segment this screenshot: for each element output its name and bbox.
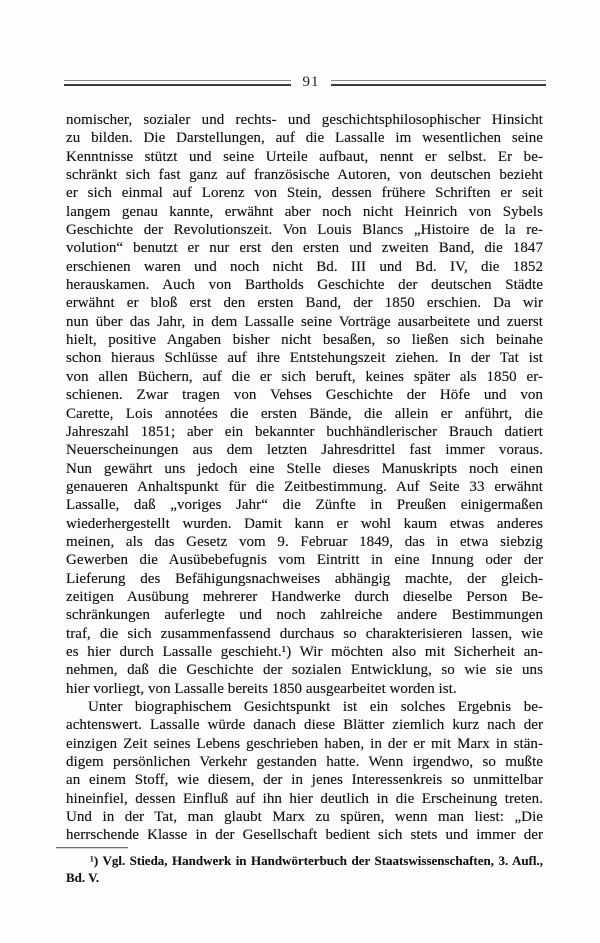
text-line: er sich einmal auf Lorenz von Stein, des…: [66, 184, 543, 202]
text-line: herauskamen. Auch von Bartholds Geschich…: [66, 276, 543, 294]
running-head: 91: [64, 74, 546, 92]
text-line: von allen Büchern, auf die er sich beruf…: [66, 368, 543, 386]
text-line: einzigen Zeit seines Lebens geschrieben …: [66, 735, 543, 753]
text-line: Nun gewährt uns jedoch eine Stelle diese…: [66, 460, 543, 478]
text-line: traf, die sich zusammenfassend durchaus …: [66, 625, 543, 643]
text-line: Lassalle, daß „voriges Jahr“ die Zünfte …: [66, 496, 543, 514]
footnote-line: Bd. V.: [66, 869, 543, 886]
scanned-book-page: 91 nomischer, sozialer und rechts- und g…: [0, 0, 600, 943]
text-line: volution“ benutzt er nur erst den ersten…: [66, 239, 543, 257]
text-line: Geschichte der Revolutionszeit. Von Loui…: [66, 221, 543, 239]
text-line: zu bilden. Die Darstellungen, auf die La…: [66, 129, 543, 147]
footnote-line: ¹) Vgl. Stieda, Handwerk in Handwörterbu…: [66, 852, 543, 869]
text-line: Lieferung des Befähigungsnachweises abhä…: [66, 570, 543, 588]
text-line: meinen, als das Gesetz vom 9. Februar 18…: [66, 533, 543, 551]
text-line: erwähnt er bloß erst den ersten Band, de…: [66, 294, 543, 312]
text-line: schränkungen auferlegte und noch zahlrei…: [66, 606, 543, 624]
text-line: Und in der Tat, man glaubt Marx zu spüre…: [66, 808, 543, 826]
text-line: Neuerscheinungen aus dem letzten Jahresd…: [66, 441, 543, 459]
footnote-separator: [56, 847, 128, 848]
text-line: zeitigen Ausübung mehrerer Handwerke dur…: [66, 588, 543, 606]
text-line: Carette, Lois annotées die ersten Bände,…: [66, 405, 543, 423]
text-line: langem genau kannte, erwähnt aber noch n…: [66, 203, 543, 221]
text-line: schon hieraus Schlüsse auf ihre Entstehu…: [66, 349, 543, 367]
text-line: hier vorliegt, von Lassalle bereits 1850…: [66, 680, 543, 698]
text-line: schienen. Zwar tragen von Vehses Geschic…: [66, 386, 543, 404]
text-line: es hier durch Lassalle geschieht.¹) Wir …: [66, 643, 543, 661]
text-line: nehmen, daß die Geschichte der sozialen …: [66, 661, 543, 679]
text-line: digem persönlichen Verkehr gestanden hat…: [66, 753, 543, 771]
text-line: Jahreszahl 1851; aber ein bekannter buch…: [66, 423, 543, 441]
text-line: Kenntnisse stützt und seine Urteile aufb…: [66, 148, 543, 166]
paragraph: nomischer, sozialer und rechts- und gesc…: [66, 111, 543, 698]
text-line: Gewerben die Ausübebefugnis vom Eintritt…: [66, 551, 543, 569]
text-line: genaueren Anhaltspunkt für die Zeitbesti…: [66, 478, 543, 496]
text-line: hielt, positive Angaben bisher nicht bes…: [66, 331, 543, 349]
text-line: erschienen waren und noch nicht Bd. III …: [66, 258, 543, 276]
text-line: achtenswert. Lassalle würde danach diese…: [66, 716, 543, 734]
page-number: 91: [291, 74, 331, 91]
body-text: nomischer, sozialer und rechts- und gesc…: [66, 111, 543, 845]
text-line: schränkt sich fast ganz auf französische…: [66, 166, 543, 184]
text-line: Unter biographischem Gesichtspunkt ist e…: [66, 698, 543, 716]
head-rule-left: [64, 80, 291, 86]
text-line: nun über das Jahr, in dem Lassalle seine…: [66, 313, 543, 331]
paragraph: Unter biographischem Gesichtspunkt ist e…: [66, 698, 543, 845]
head-rule-right: [331, 80, 546, 86]
text-line: hineinfiel, dessen Einfluß auf ihn hier …: [66, 790, 543, 808]
text-line: an einem Stoff, wie diesem, der in jenes…: [66, 771, 543, 789]
text-line: herrschende Klasse in der Gesellschaft b…: [66, 826, 543, 844]
text-line: nomischer, sozialer und rechts- und gesc…: [66, 111, 543, 129]
text-line: wiederhergestellt wurden. Damit kann er …: [66, 515, 543, 533]
footnote-text: ¹) Vgl. Stieda, Handwerk in Handwörterbu…: [66, 852, 543, 886]
